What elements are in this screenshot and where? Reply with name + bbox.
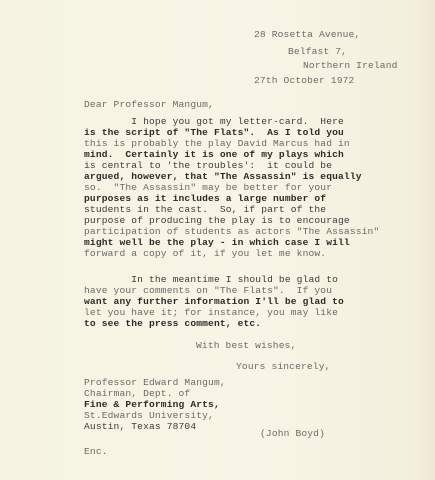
paragraph-1-line: argued, however, that "The Assassin" is … xyxy=(84,172,362,182)
recipient-address-line: Fine & Performing Arts, xyxy=(84,400,220,410)
paragraph-1-line: this is probably the play David Marcus h… xyxy=(84,139,350,149)
enclosure-note: Enc. xyxy=(84,447,108,457)
paragraph-1-line: participation of students as actors "The… xyxy=(84,227,379,237)
paragraph-1-line: mind. Certainly it is one of my plays wh… xyxy=(84,150,344,160)
paragraph-1-line: purpose of producing the play is to enco… xyxy=(84,216,350,226)
paragraph-1-line: purposes as it includes a large number o… xyxy=(84,194,326,204)
signature-name: (John Boyd) xyxy=(260,429,325,439)
paragraph-2-line: have your comments on "The Flats". If yo… xyxy=(84,286,332,296)
closing-yours-sincerely: Yours sincerely, xyxy=(236,362,331,372)
paragraph-1-line: students in the cast. So, if part of the xyxy=(84,205,326,215)
salutation: Dear Professor Mangum, xyxy=(84,100,214,110)
paragraph-1-line: is central to 'the troubles': it could b… xyxy=(84,161,332,171)
closing-best-wishes: With best wishes, xyxy=(196,341,296,351)
sender-address-line-1: 28 Rosetta Avenue, xyxy=(254,30,360,40)
sender-address-line-3: Northern Ireland xyxy=(303,61,398,71)
paragraph-1-line: might well be the play - in which case I… xyxy=(84,238,350,248)
paragraph-2-line: want any further information I'll be gla… xyxy=(84,297,344,307)
recipient-address-line: Chairman, Dept. of xyxy=(84,389,190,399)
recipient-address-line: Professor Edward Mangum, xyxy=(84,378,226,388)
letter-date: 27th October 1972 xyxy=(254,76,354,86)
paragraph-1-line: so. "The Assassin" may be better for you… xyxy=(84,183,332,193)
letter-page: 28 Rosetta Avenue, Belfast 7, Northern I… xyxy=(0,0,435,480)
paragraph-1-line: forward a copy of it, if you let me know… xyxy=(84,249,326,259)
paragraph-1-line: I hope you got my letter-card. Here xyxy=(84,117,344,127)
paragraph-1-line: is the script of "The Flats". As I told … xyxy=(84,128,344,138)
sender-address-line-2: Belfast 7, xyxy=(288,47,347,57)
recipient-address-line: Austin, Texas 78704 xyxy=(84,422,196,432)
recipient-address-line: St.Edwards University, xyxy=(84,411,214,421)
paragraph-2-line: let you have it; for instance, you may l… xyxy=(84,308,338,318)
paragraph-2-line: to see the press comment, etc. xyxy=(84,319,261,329)
paragraph-2-line: In the meantime I should be glad to xyxy=(84,275,338,285)
